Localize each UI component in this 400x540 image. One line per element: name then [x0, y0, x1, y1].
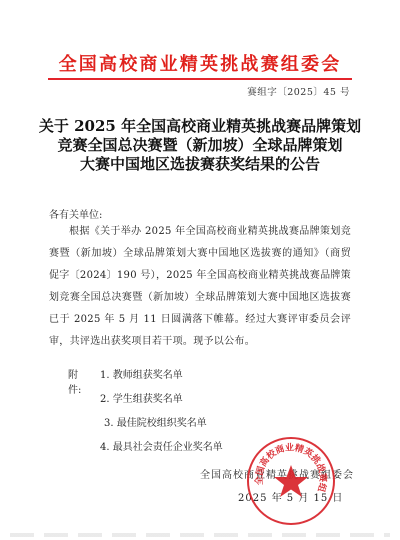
attachment-item: 3. 最佳院校组织奖名单	[104, 414, 207, 429]
body-paragraph: 根据《关于举办 2025 年全国高校商业精英挑战赛品牌策划竞赛暨（新加坡）全球品…	[49, 221, 351, 353]
cut-off-footer-text	[10, 533, 390, 537]
official-seal: 全国高校商业精英挑战赛组委会	[247, 437, 335, 525]
red-divider	[48, 78, 352, 80]
attachment-item: 1. 教师组获奖名单	[100, 366, 183, 381]
attachment-item: 4. 最具社会责任企业奖名单	[100, 438, 223, 453]
announcement-title: 关于 2025 年全国高校商业精英挑战赛品牌策划 竞赛全国总决赛暨（新加坡）全球…	[0, 117, 400, 174]
attachment-item: 2. 学生组获奖名单	[100, 390, 183, 405]
seal-star-icon: 全国高校商业精英挑战赛组委会	[249, 439, 333, 523]
document-number: 赛组字〔2025〕45 号	[247, 84, 350, 98]
attachments-label: 附件:	[68, 366, 81, 396]
organization-header: 全国高校商业精英挑战赛组委会	[0, 50, 400, 76]
title-line: 竞赛全国总决赛暨（新加坡）全球品牌策划	[0, 136, 400, 155]
body-text: 根据《关于举办 2025 年全国高校商业精英挑战赛品牌策划竞赛暨（新加坡）全球品…	[49, 226, 351, 347]
salutation: 各有关单位:	[49, 206, 102, 221]
title-line: 大赛中国地区选拔赛获奖结果的公告	[0, 155, 400, 174]
title-line: 关于 2025 年全国高校商业精英挑战赛品牌策划	[0, 117, 400, 136]
